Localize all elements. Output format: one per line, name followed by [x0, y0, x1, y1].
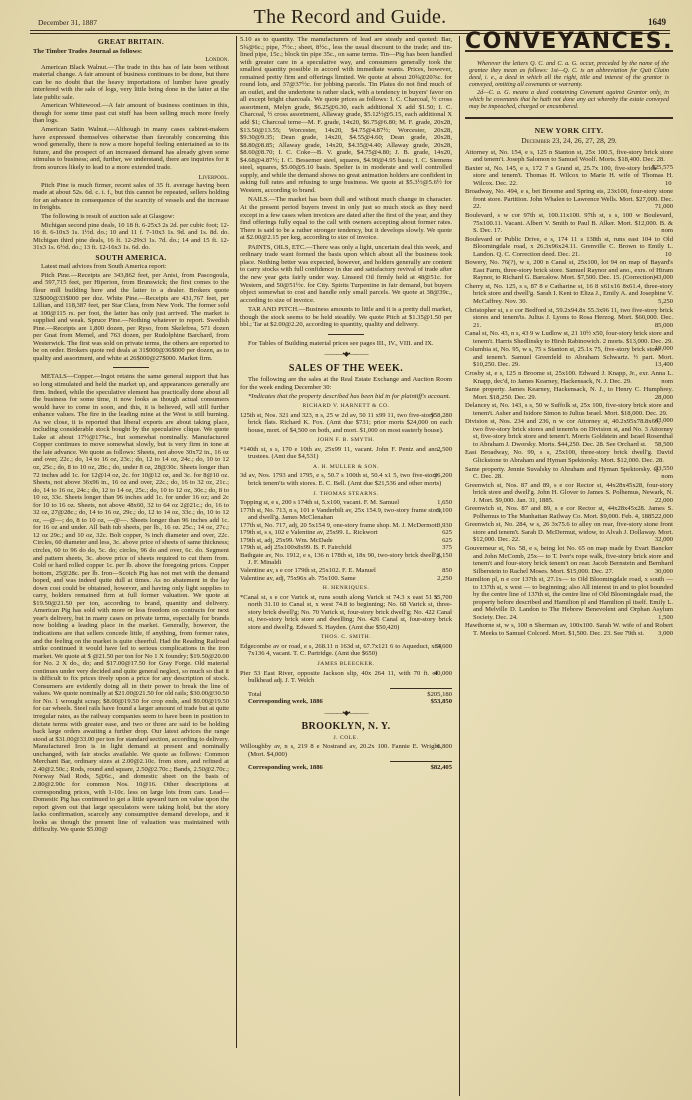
sale-item: 3,600Edgecombe av or road, e s, 268.11 n… [240, 643, 452, 658]
sale-item: 625179th st, adj, 25x99. Wm. McDade [240, 537, 452, 545]
deed-entry: Crosby st, e s, 125 n Broome st, 25x100.… [465, 370, 673, 385]
sale-item: 5,100177th st, No. 713, n s, 101 e Vande… [240, 507, 452, 522]
sales-group: JAMES BLEECKER. 40,000Pier 53 East River… [240, 661, 452, 685]
date-range: December 23, 24, 26, 27, 28, 29. [465, 137, 673, 145]
auctioneer-name: J. THOMAS STEARNS. [240, 491, 452, 499]
brooklyn-corresponding-week: Corresponding week, 1886 $82,405 [240, 764, 452, 772]
deed-entry: Hamilton pl, n e cor 137th st, 27.1x— to… [465, 576, 673, 621]
deed-entry: Greenwich st, No. 284, w s, 26 3x75.6 to… [465, 521, 673, 544]
sales-group: H. HENRIQUES. 55,700*Canal st, s e cor V… [240, 585, 452, 631]
total-label: Total [248, 691, 261, 699]
newspaper-page: December 31, 1887 The Record and Guide. … [0, 0, 692, 1100]
sale-item: 40,000Pier 53 East River, opposite Jacks… [240, 670, 452, 685]
corresponding-label: Corresponding week, 1886 [248, 698, 323, 706]
paragraph-tar: TAR AND PITCH.—Business amounts to littl… [240, 306, 452, 329]
total-rule [390, 761, 452, 762]
sales-group: THOS. C. SMITH. 3,600Edgecombe av or roa… [240, 634, 452, 658]
asterisk-note: *Indicates that the property described h… [240, 393, 452, 401]
section-divider [328, 334, 364, 335]
deed-entry: Attorney st, No. 154, e s, 125 n Stanton… [465, 149, 673, 164]
auctioneer-name: J. COLE. [240, 735, 452, 743]
section-title-conveyances: CONVEYANCES. [465, 38, 673, 46]
sale-item: 850Valentine av, s e cor 179th st, 25x10… [240, 567, 452, 575]
dateline-liverpool: Liverpool. [33, 174, 229, 182]
sale-amount: $58,280 [439, 412, 452, 420]
paragraph-metals-continued: 5.10 as to quantity. The manufacturers o… [240, 36, 452, 194]
ornament-divider: ———•◆•——— [240, 351, 452, 359]
column-divider [459, 36, 460, 1096]
paragraph: Pitch Pine.—Receipts are 343,862 feet, p… [33, 272, 229, 363]
ornament-divider: ———•◆•——— [240, 710, 452, 718]
paragraph: American Satin Walnut.—Although in many … [33, 126, 229, 171]
paragraph: Michigan second pine deals, 10 18 ft. 6-… [33, 222, 229, 252]
deed-entry: Gouverneur st, No. 58, e s, being lot No… [465, 545, 673, 575]
section-heading-great-britain: GREAT BRITAIN. [33, 38, 229, 46]
paragraph: Pitch Pine is much firmer, recent sales … [33, 182, 229, 212]
deed-entry: Boulevard, s w cor 97th st, 100.11x100. … [465, 212, 673, 235]
deed-entry: Same property. Jennie Suvalsky to Abraha… [465, 466, 673, 481]
sale-item: 3,150Bathgate av, No. 1912, e s, 136 n 1… [240, 552, 452, 567]
deed-entry: Greenwich st, Nos. 87 and 89, s e cor Re… [465, 505, 673, 520]
deed-entry: Division st, Nos. 234 and 236, n w cor A… [465, 418, 673, 448]
paragraph-paints: PAINTS, OILS, ETC.—There was only a ligh… [240, 244, 452, 304]
section-heading-brooklyn: BROOKLYN, N. Y. [240, 723, 452, 731]
sale-amount: 26,200 [442, 472, 452, 480]
deed-entry: Columbia st, No. 95, w s, 75 s Stanton s… [465, 346, 673, 369]
sale-item: 55,700*Canal st, s e cor Varick st, runs… [240, 594, 452, 632]
deed-entry: Bowery, No. 76(?), w s, 200 n Canal st, … [465, 259, 673, 282]
intro-timber-trades: The Timber Trades Journal as follows: [33, 48, 229, 56]
tables-note: For Tables of Building material prices s… [240, 340, 452, 348]
masthead: December 31, 1887 The Record and Guide. … [30, 4, 670, 32]
region-heading-new-york: NEW YORK CITY. [465, 127, 673, 135]
column-middle: 5.10 as to quantity. The manufacturers o… [240, 36, 452, 772]
page-number: 1649 [648, 17, 666, 27]
sales-intro: The following are the sales at the Real … [240, 376, 452, 391]
deed-entry: Christopher st, s e cor Bedford st, 59.2… [465, 307, 673, 330]
sales-corresponding-week: Corresponding week, 1886 $53,850 [240, 698, 452, 706]
deed-entry: Greenwich st, Nos. 87 and 89, s e cor Re… [465, 482, 673, 505]
sale-item: 2,500*140th st, s s, 170 e 10th av, 25x9… [240, 446, 452, 461]
paragraph: Latest mail advices from South America r… [33, 263, 229, 271]
sale-item: 6,800Willoughby av, n s, 219 8 e Nostran… [240, 743, 452, 758]
section-heading-sales: SALES OF THE WEEK. [240, 365, 452, 373]
section-divider [113, 367, 149, 368]
section-heading-south-america: SOUTH AMERICA. [33, 254, 229, 262]
deed-entry: Boulevard or Public Drive, e s, 174 11 s… [465, 236, 673, 259]
auctioneer-name: JAMES BLEECKER. [240, 661, 452, 669]
auctioneer-name: RICHARD V. HARNETT & CO. [240, 403, 452, 411]
deed-entry: Cherry st, No. 125, s s, 87 8 e Catharin… [465, 283, 673, 306]
sales-total: Total $205,180 [240, 691, 452, 699]
paragraph: American Whitewood.—A fair amount of bus… [33, 102, 229, 125]
abbreviation-note: Wherever the letters Q. C. and C. a. G. … [469, 60, 669, 110]
sales-group: A. H. MULLER & SON. 26,2003d av, Nos. 17… [240, 464, 452, 488]
auctioneer-name: THOS. C. SMITH. [240, 634, 452, 642]
sale-item: 26,2003d av, Nos. 1793 and 1795, e s, 50… [240, 472, 452, 487]
total-rule [390, 688, 452, 689]
deed-entry: Baxter st, No. 145, e s, 172 7 s Grand s… [465, 165, 673, 188]
auctioneer-name: A. H. MULLER & SON. [240, 464, 452, 472]
deed-entry: Broadway, No. 494, e s, bet Broome and S… [465, 188, 673, 211]
paragraph: American Black Walnut.—The trade in this… [33, 64, 229, 102]
corresponding-value: $53,850 [431, 698, 452, 706]
dateline-london: London. [33, 56, 229, 64]
sale-item: $58,280125th st, Nos. 321 and 323, n s, … [240, 412, 452, 435]
deed-entry: Hawthorne st, w s, 100 n Sherman av, 100… [465, 622, 673, 637]
sales-group: JOHN F. B. SMYTH. 2,500*140th st, s s, 1… [240, 437, 452, 461]
column-divider [236, 36, 237, 1048]
deed-entry: Canal st, No. 43, n s, 43 9 w Ludlow st,… [465, 330, 673, 345]
paragraph-nails: NAILS.—The market has been dull and with… [240, 196, 452, 241]
sale-item: 625179th st, s s, 102 e Valentine av, 25… [240, 529, 452, 537]
sale-item: 375179th st, adj 25x100x8x99. B. F. Fair… [240, 544, 452, 552]
paragraph-metals: METALS—Copper.—Ingot retains the same ge… [33, 373, 229, 833]
auctioneer-name: JOHN F. B. SMYTH. [240, 437, 452, 445]
sales-group: RICHARD V. HARNETT & CO. $58,280125th st… [240, 403, 452, 434]
total-value: $205,180 [427, 691, 452, 699]
sale-amount: 2,500 [445, 446, 452, 454]
sale-item: 1,650Topping st, e s, 200 s 174th st, 5.… [240, 499, 452, 507]
deed-entry: East Broadway, No. 99, s s, 25x100, thre… [465, 449, 673, 464]
deed-entry: Same property. James Kearney, Hackensack… [465, 386, 673, 401]
deed-entry: Delancey st, No. 143, s s, 50 w Suffolk … [465, 402, 673, 417]
rule [465, 117, 673, 119]
auctioneer-name: H. HENRIQUES. [240, 585, 452, 593]
paragraph: The following is result of auction sale … [33, 213, 229, 221]
column-right: CONVEYANCES. Wherever the letters Q. C. … [465, 36, 673, 639]
sale-item: 3,930177th st, No. 717, adj, 20 5x154 9,… [240, 522, 452, 530]
sales-group: J. THOMAS STEARNS. 1,650Topping st, e s,… [240, 491, 452, 583]
publication-title: The Record and Guide. [30, 6, 670, 29]
sale-item: 2,250Valentine av, adj, 75x96x ab. 75x10… [240, 575, 452, 583]
column-left: GREAT BRITAIN. The Timber Trades Journal… [33, 36, 229, 835]
